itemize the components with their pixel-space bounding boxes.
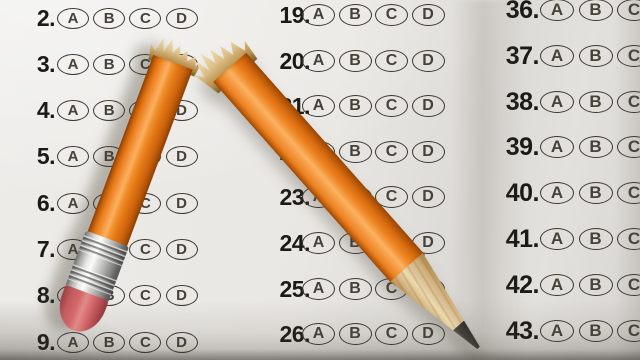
bubble-choice-a: A xyxy=(540,45,574,67)
bubble-choice-b: B xyxy=(339,4,372,26)
bubble-choice-b: B xyxy=(579,136,613,158)
bubble-choice-b: B xyxy=(93,100,125,121)
question-number: 36. xyxy=(487,0,539,24)
question-number: 6. xyxy=(3,190,55,217)
question-number: 9. xyxy=(3,329,55,356)
bubble-choice-b: B xyxy=(579,45,613,67)
bubble-choice-a: A xyxy=(57,193,89,214)
bubble-choice-a: A xyxy=(540,320,574,342)
bubble-choice-b: B xyxy=(579,91,613,113)
bubble-choice-c: C xyxy=(129,285,161,306)
bubble-choice-c: C xyxy=(375,141,408,163)
bubble-choice-d: D xyxy=(166,285,198,306)
bubble-choice-d: D xyxy=(166,146,198,167)
question-number: 3. xyxy=(3,51,55,78)
bubble-choice-a: A xyxy=(57,100,89,121)
bubble-choice-b: B xyxy=(93,54,125,75)
bubble-choice-a: A xyxy=(540,91,574,113)
bubble-choice-d: D xyxy=(166,193,198,214)
bubble-choice-a: A xyxy=(302,278,335,300)
bubble-choice-c: C xyxy=(617,136,640,158)
bubble-choice-a: A xyxy=(540,274,574,296)
bubble-choice-a: A xyxy=(302,50,335,72)
bubble-choice-c: C xyxy=(129,239,161,260)
bubble-choice-c: C xyxy=(617,320,640,342)
bubble-choice-a: A xyxy=(302,4,335,26)
question-number: 38. xyxy=(487,88,539,116)
bubble-choice-b: B xyxy=(339,50,372,72)
bubble-choice-a: A xyxy=(540,0,574,21)
question-number: 5. xyxy=(3,143,55,170)
bubble-choice-a: A xyxy=(57,54,89,75)
bubble-choice-d: D xyxy=(412,4,445,26)
bubble-choice-b: B xyxy=(93,8,125,29)
bubble-choice-d: D xyxy=(166,332,198,353)
bubble-choice-c: C xyxy=(617,182,640,204)
bubble-choice-b: B xyxy=(579,182,613,204)
bubble-choice-d: D xyxy=(166,239,198,260)
bubble-choice-b: B xyxy=(579,0,613,21)
bubble-choice-b: B xyxy=(339,141,372,163)
bubble-choice-d: D xyxy=(166,8,198,29)
bubble-choice-c: C xyxy=(375,323,408,345)
bubble-choice-a: A xyxy=(57,146,89,167)
bubble-choice-a: A xyxy=(302,95,335,117)
question-number: 37. xyxy=(487,42,539,70)
photo-bubble-answer-sheet: 2.ABCD3.ABCD4.ABCD5.ABCD6.ABCD7.ABCD8.AB… xyxy=(0,0,640,360)
question-number: 41. xyxy=(487,225,539,253)
bubble-choice-d: D xyxy=(412,141,445,163)
bubble-choice-c: C xyxy=(375,95,408,117)
bubble-choice-a: A xyxy=(302,232,335,254)
question-number: 43. xyxy=(487,317,539,345)
bubble-choice-c: C xyxy=(617,228,640,250)
bubble-choice-c: C xyxy=(617,45,640,67)
bubble-choice-b: B xyxy=(339,95,372,117)
question-number: 8. xyxy=(3,282,55,309)
bubble-choice-a: A xyxy=(540,182,574,204)
bubble-choice-c: C xyxy=(129,332,161,353)
question-number: 2. xyxy=(3,5,55,32)
bubble-choice-a: A xyxy=(57,8,89,29)
bubble-choice-d: D xyxy=(412,186,445,208)
bubble-choice-b: B xyxy=(579,228,613,250)
question-number: 40. xyxy=(487,179,539,207)
bubble-choice-a: A xyxy=(540,228,574,250)
bubble-choice-a: A xyxy=(540,136,574,158)
bubble-choice-b: B xyxy=(579,320,613,342)
bubble-choice-b: B xyxy=(579,274,613,296)
bubble-choice-a: A xyxy=(302,323,335,345)
bubble-choice-b: B xyxy=(339,278,372,300)
question-number: 7. xyxy=(3,236,55,263)
bubble-choice-b: B xyxy=(339,323,372,345)
bubble-choice-c: C xyxy=(617,274,640,296)
question-number: 4. xyxy=(3,97,55,124)
bubble-choice-c: C xyxy=(375,4,408,26)
bubble-choice-d: D xyxy=(412,50,445,72)
question-number: 42. xyxy=(487,271,539,299)
bubble-choice-c: C xyxy=(129,8,161,29)
bubble-choice-c: C xyxy=(617,0,640,21)
bubble-choice-c: C xyxy=(617,91,640,113)
bubble-choice-c: C xyxy=(375,50,408,72)
bubble-choice-d: D xyxy=(412,95,445,117)
bubble-choice-b: B xyxy=(93,332,125,353)
question-number: 39. xyxy=(487,133,539,161)
